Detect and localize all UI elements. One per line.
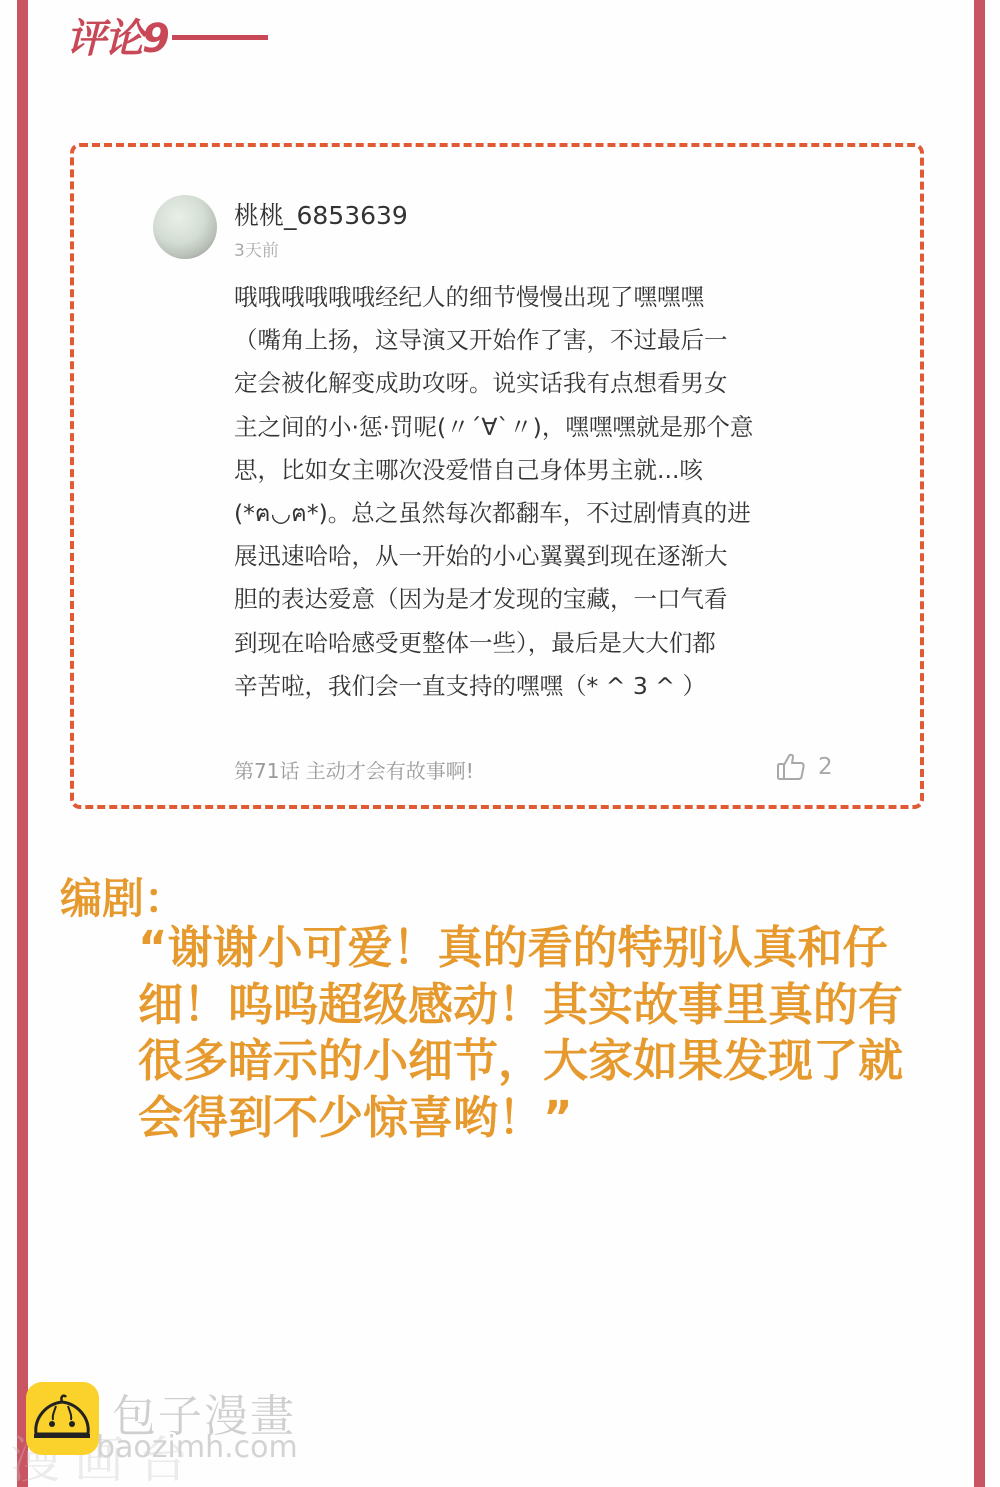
- comment-username[interactable]: 桃桃_6853639: [234, 196, 408, 232]
- editor-reply: “谢谢小可爱！真的看的特别认真和仔 细！呜呜超级感动！其实故事里真的有 很多暗示…: [138, 920, 938, 1146]
- like-count: 2: [818, 754, 833, 780]
- editor-reply-line: 很多暗示的小细节，大家如果发现了就: [138, 1033, 938, 1090]
- comment-body: 哦哦哦哦哦哦经纪人的细节慢慢出现了嘿嘿嘿 （嘴角上扬，这导演又开始作了害，不过最…: [234, 276, 834, 708]
- chapter-link[interactable]: 第71话 主动才会有故事啊!: [234, 755, 474, 784]
- comment-body-line: 定会被化解变成助攻呀。说实话我有点想看男女: [234, 362, 834, 405]
- comment-body-line: 哦哦哦哦哦哦经纪人的细节慢慢出现了嘿嘿嘿: [234, 276, 834, 319]
- comment-body-line: 展迅速哈哈，从一开始的小心翼翼到现在逐渐大: [234, 535, 834, 578]
- comment-body-line: 胆的表达爱意（因为是才发现的宝藏，一口气看: [234, 578, 834, 621]
- thumbs-up-icon: [776, 752, 806, 782]
- editor-reply-line: 细！呜呜超级感动！其实故事里真的有: [138, 977, 938, 1034]
- comment-body-line: 到现在哈哈感受更整体一些），最后是大大们都: [234, 622, 834, 665]
- editor-reply-line: “谢谢小可爱！真的看的特别认真和仔: [138, 920, 938, 977]
- avatar[interactable]: [153, 195, 217, 259]
- like-button[interactable]: 2: [776, 752, 833, 782]
- watermark-url: baozimh.com: [96, 1430, 298, 1465]
- section-title-label: 评论9: [66, 7, 168, 64]
- section-title: 评论9: [66, 10, 268, 60]
- title-dash-decoration: [172, 35, 268, 40]
- comment-timestamp: 3天前: [234, 236, 279, 261]
- left-border-rail: [17, 0, 28, 1487]
- editor-reply-line: 会得到不少惊喜哟！”: [138, 1090, 938, 1147]
- comment-body-line: (*ฅ◡ฅ*)。总之虽然每次都翻车，不过剧情真的进: [234, 492, 834, 535]
- comment-body-line: 主之间的小·惩·罚呢(〃´∀`〃)，嘿嘿嘿就是那个意: [234, 406, 834, 449]
- editor-label: 编剧：: [60, 866, 186, 926]
- comment-body-line: 思，比如女主哪次没爱惜自己身体男主就...咳: [234, 449, 834, 492]
- baozi-logo-icon: [26, 1382, 99, 1455]
- comment-body-line: （嘴角上扬，这导演又开始作了害，不过最后一: [234, 319, 834, 362]
- right-border-rail: [974, 0, 985, 1487]
- comment-body-line: 辛苦啦，我们会一直支持的嘿嘿（* ^ 3 ^ ）: [234, 665, 834, 708]
